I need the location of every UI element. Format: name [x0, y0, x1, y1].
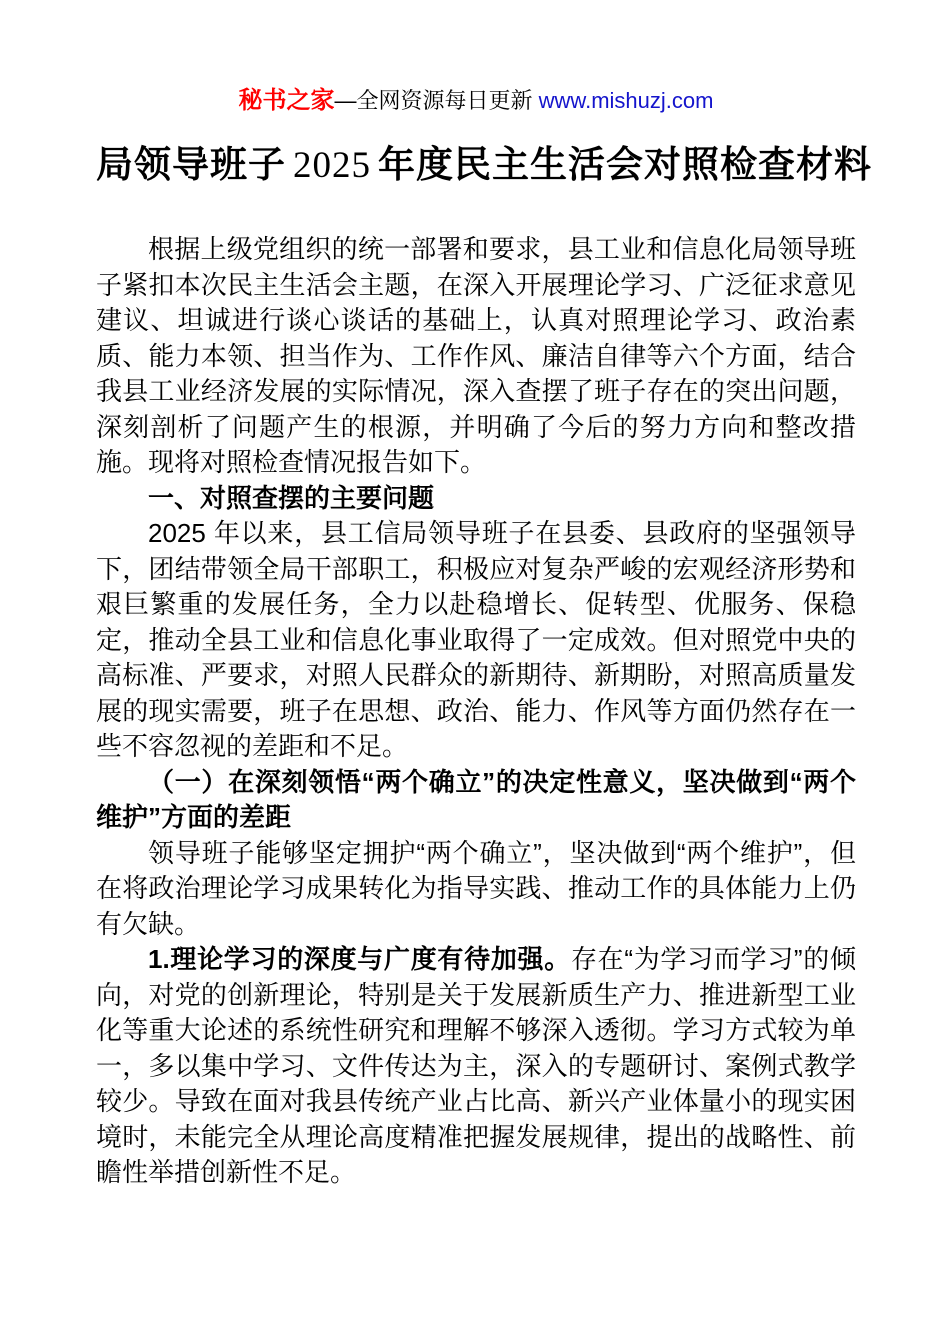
paragraph-two-establishes: 领导班子能够坚定拥护“两个确立”，坚决做到“两个维护”，但在将政治理论学习成果转… — [96, 836, 856, 943]
paragraph-point-1-theory-study: 1.理论学习的深度与广度有待加强。存在“为学习而学习”的倾向，对党的创新理论，特… — [96, 942, 856, 1191]
document-title-part2: 年度民主生活会对照检查材料 — [378, 145, 872, 186]
document-body: 根据上级党组织的统一部署和要求，县工业和信息化局领导班子紧扣本次民主生活会主题，… — [96, 232, 856, 1191]
section-heading-main-problems-text: 一、对照查摆的主要问题 — [148, 483, 434, 513]
site-url-link[interactable]: www.mishuzj.com — [539, 88, 714, 113]
paragraph-two-establishes-text: 领导班子能够坚定拥护“两个确立”，坚决做到“两个维护”，但在将政治理论学习成果转… — [96, 838, 856, 939]
site-header: 秘书之家—全网资源每日更新 www.mishuzj.com — [96, 86, 856, 116]
document-title-year: 2025 — [293, 145, 371, 186]
document-page: 秘书之家—全网资源每日更新 www.mishuzj.com 局领导班子2025年… — [0, 0, 950, 1344]
paragraph-overview-text: 2025 年以来，县工信局领导班子在县委、县政府的坚强领导下，团结带领全局干部职… — [96, 518, 856, 761]
paragraph-point-1-body: 存在“为学习而学习”的倾向，对党的创新理论，特别是关于发展新质生产力、推进新型工… — [96, 944, 856, 1187]
site-tagline: —全网资源每日更新 — [335, 88, 539, 113]
paragraph-intro: 根据上级党组织的统一部署和要求，县工业和信息化局领导班子紧扣本次民主生活会主题，… — [96, 232, 856, 481]
paragraph-intro-text: 根据上级党组织的统一部署和要求，县工业和信息化局领导班子紧扣本次民主生活会主题，… — [96, 234, 856, 477]
document-title: 局领导班子2025年度民主生活会对照检查材料 — [96, 140, 856, 192]
site-brand: 秘书之家 — [239, 87, 335, 114]
paragraph-overview: 2025 年以来，县工信局领导班子在县委、县政府的坚强领导下，团结带领全局干部职… — [96, 516, 856, 765]
document-title-part1: 局领导班子 — [96, 145, 286, 186]
section-heading-two-establishes-gap-text: （一）在深刻领悟“两个确立”的决定性意义，坚决做到“两个维护”方面的差距 — [96, 767, 856, 833]
section-heading-main-problems: 一、对照查摆的主要问题 — [96, 481, 856, 517]
paragraph-point-1-lead: 1.理论学习的深度与广度有待加强。 — [148, 944, 571, 974]
section-heading-two-establishes-gap: （一）在深刻领悟“两个确立”的决定性意义，坚决做到“两个维护”方面的差距 — [96, 765, 856, 836]
